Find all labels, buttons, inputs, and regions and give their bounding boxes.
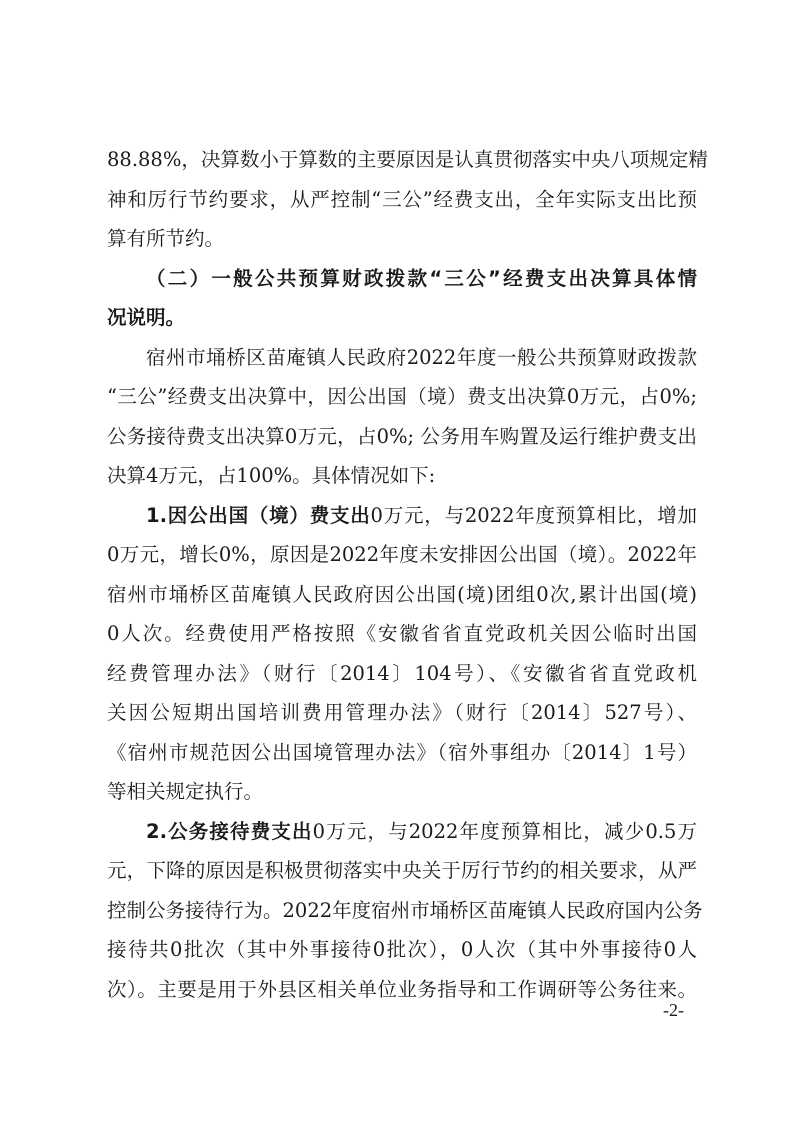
item1-label: 1.因公出国（境）费支出 <box>146 504 371 527</box>
paragraph-line: 88.88%，决算数小于算数的主要原因是认真贯彻落实中央八项规定精 <box>107 147 697 173</box>
item1-line: 关因公短期出国培训费用管理办法》（财行〔2014〕527号）、 <box>107 700 697 726</box>
item2-line: 次）。主要是用于外县区相关单位业务指导和工作调研等公务往来。 <box>107 977 697 1003</box>
section-heading-continued: 况说明。 <box>107 305 697 331</box>
item2-line: 控制公务接待行为。2022年度宿州市埇桥区苗庵镇人民政府国内公务 <box>107 898 697 924</box>
item2-label: 2.公务接待费支出 <box>146 820 313 843</box>
item2-first-line: 2.公务接待费支出0万元，与2022年度预算相比，减少0.5万 <box>146 819 697 845</box>
item1-line: 《宿州市规范因公出国境管理办法》（宿外事组办〔2014〕1号） <box>107 740 697 766</box>
item1-first-rest: 0万元，与2022年度预算相比，增加 <box>371 504 697 527</box>
item1-line: 经费管理办法》（财行〔2014〕104号）、《安徽省省直党政机 <box>107 661 697 687</box>
item1-first-line: 1.因公出国（境）费支出0万元，与2022年度预算相比，增加 <box>146 503 697 529</box>
item1-line: 等相关规定执行。 <box>107 779 697 805</box>
item1-line: 0人次。经费使用严格按照《安徽省省直党政机关因公临时出国 <box>107 621 697 647</box>
item1-line: 0万元，增长0%，原因是2022年度未安排因公出国（境）。2022年 <box>107 542 697 568</box>
item2-first-rest: 0万元，与2022年度预算相比，减少0.5万 <box>313 820 697 843</box>
document-page: 88.88%，决算数小于算数的主要原因是认真贯彻落实中央八项规定精 神和厉行节约… <box>0 0 793 1122</box>
summary-line: 决算4万元，占100%。具体情况如下: <box>107 463 697 489</box>
paragraph-line: 算有所节约。 <box>107 226 697 252</box>
summary-line: 公务接待费支出决算0万元，占0%; 公务用车购置及运行维护费支出 <box>107 424 697 450</box>
summary-line: “三公”经费支出决算中，因公出国（境）费支出决算0万元，占0%; <box>107 384 697 410</box>
page-number: -2- <box>663 1000 684 1021</box>
item2-line: 接待共0批次（其中外事接待0批次），0人次（其中外事接待0人 <box>107 937 697 963</box>
item2-line: 元，下降的原因是积极贯彻落实中央关于厉行节约的相关要求，从严 <box>107 858 697 884</box>
summary-line: 宿州市埇桥区苗庵镇人民政府2022年度一般公共预算财政拨款 <box>146 345 697 371</box>
item1-line: 宿州市埇桥区苗庵镇人民政府因公出国(境)团组0次,累计出国(境) <box>107 582 697 608</box>
section-heading: （二）一般公共预算财政拨款“三公”经费支出决算具体情 <box>146 266 697 292</box>
paragraph-line: 神和厉行节约要求，从严控制“三公”经费支出，全年实际支出比预 <box>107 187 697 213</box>
